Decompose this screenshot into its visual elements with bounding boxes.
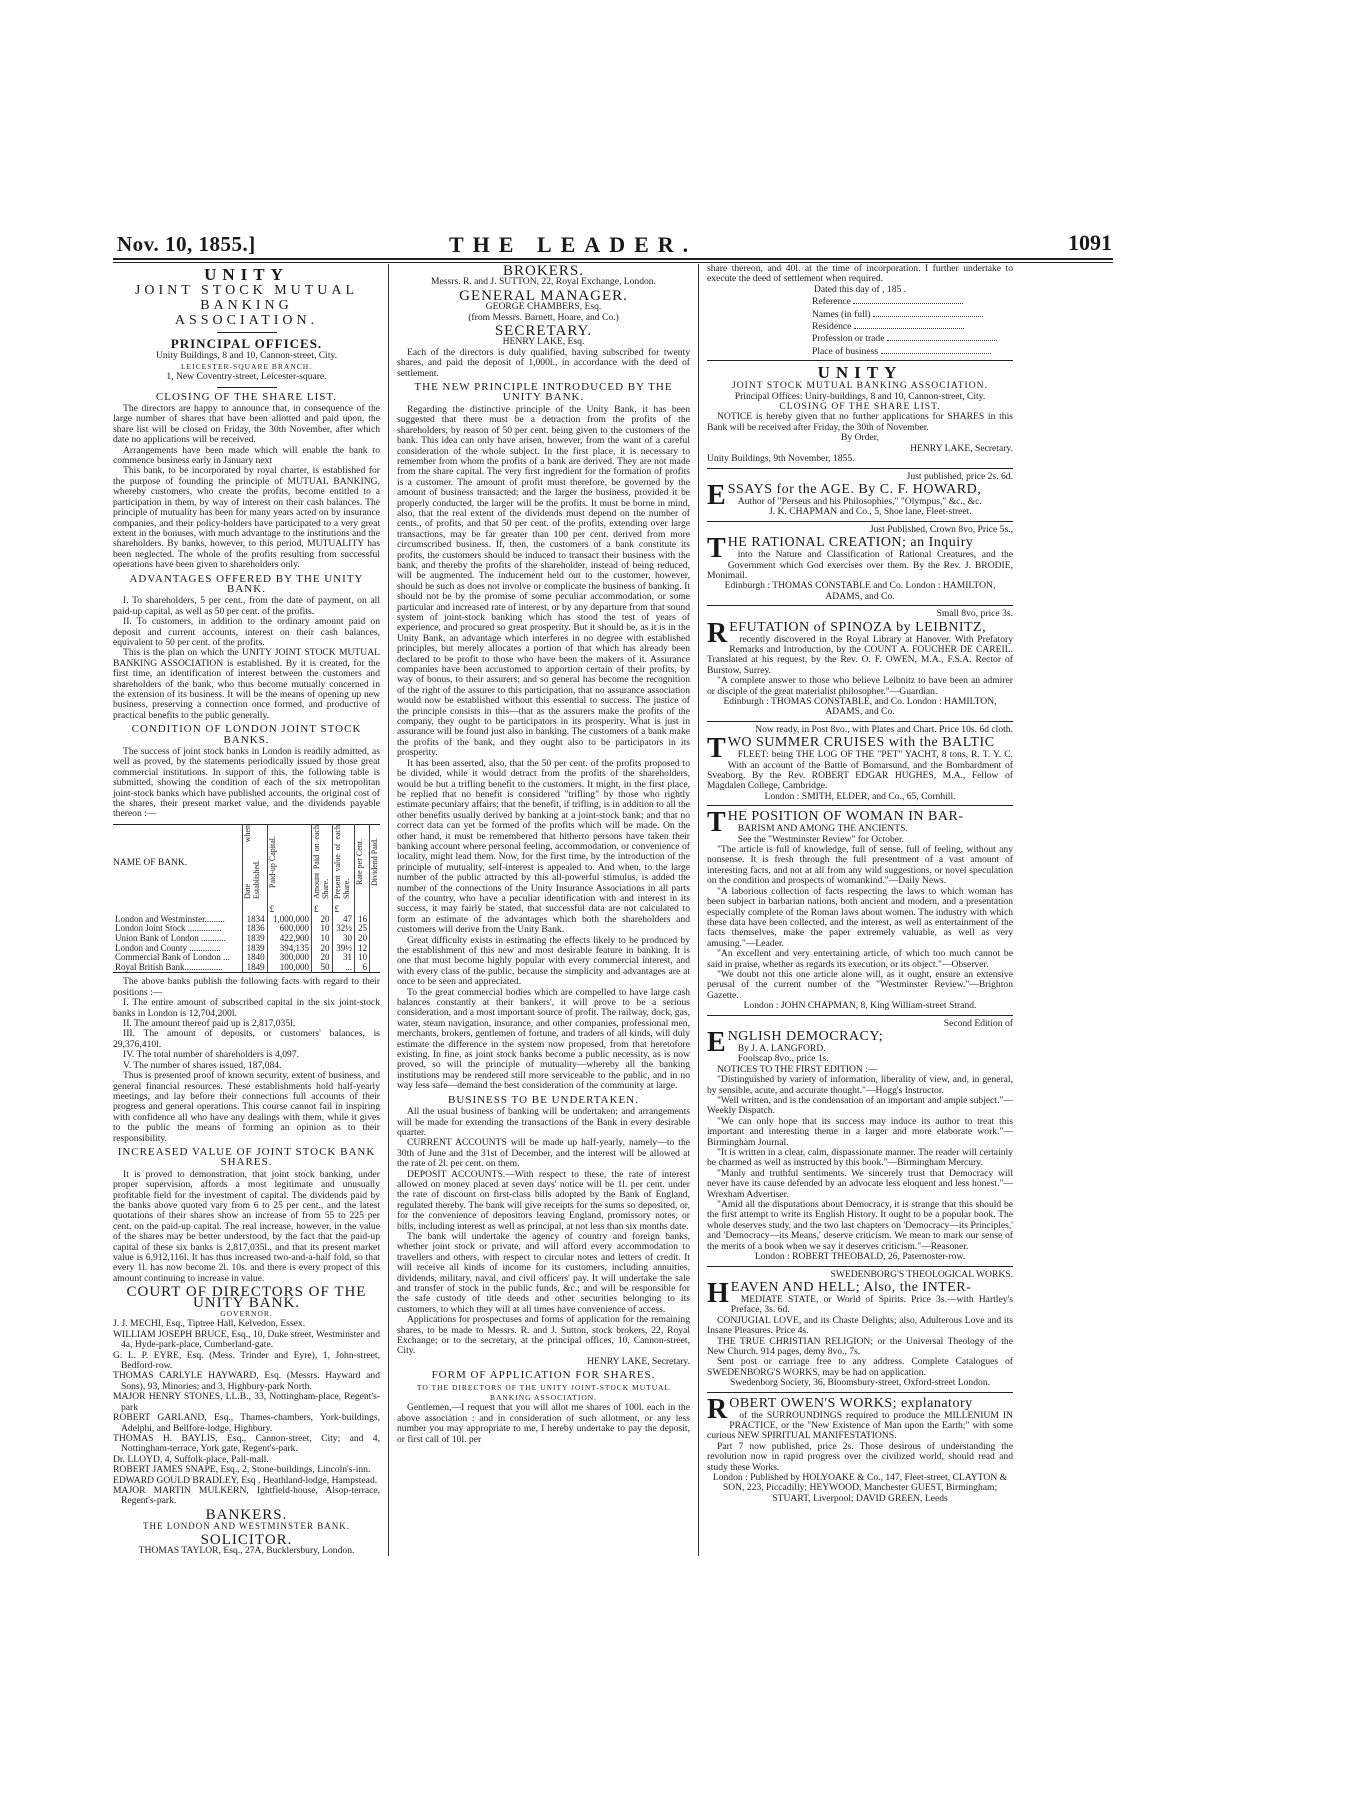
ad-text: Part 7 now published, price 2s. Those de…	[707, 1442, 1013, 1473]
closing-heading: CLOSING OF THE SHARE LIST.	[113, 392, 380, 402]
table-cell	[370, 924, 380, 934]
advertisement: ROBERT OWEN'S WORKS; explanatoryof the S…	[707, 1396, 1013, 1505]
form-field-row: Profession or trade	[812, 332, 1013, 344]
divider	[707, 605, 1013, 606]
solicitor-name: THOMAS TAYLOR, Esq., 27A, Bucklersbury, …	[113, 1546, 380, 1556]
ad-text: Sent post or carriage free to any addres…	[707, 1357, 1013, 1378]
form-fields: Reference Names (in full) Residence Prof…	[812, 295, 1013, 357]
ad-text: FLEET: being THE LOG OF THE "PET" YACHT,…	[707, 750, 1013, 792]
paragraph: It has been asserted, also, that the 50 …	[397, 759, 690, 936]
director-entry: WILLIAM JOSEPH BRUCE, Esq., 10, Duke str…	[113, 1330, 380, 1351]
divider	[217, 387, 277, 388]
ad-text: "The article is full of knowledge, full …	[707, 845, 1013, 887]
signoff: HENRY LAKE, Secretary.	[397, 1357, 690, 1367]
unity-subtitle-2: ASSOCIATION.	[113, 313, 380, 328]
form-field-blank	[853, 295, 963, 304]
table-cell	[370, 944, 380, 954]
ad-text: "Manly and truthful sentiments. We since…	[707, 1169, 1013, 1200]
divider	[707, 1015, 1013, 1016]
form-field-label: Profession or trade	[812, 333, 884, 344]
ad-headline: OBERT OWEN'S WORKS; explanatory	[729, 1396, 972, 1411]
ad-headline: EAVEN AND HELL; Also, the INTER-	[731, 1280, 972, 1295]
unit-cell: £	[311, 902, 332, 915]
paragraph: All the usual business of banking will b…	[397, 1107, 690, 1138]
table-cell: 1849	[242, 963, 267, 973]
ad-text: into the Nature and Classification of Ra…	[707, 550, 1013, 581]
facts-list: I. The entire amount of subscribed capit…	[113, 998, 380, 1071]
divider	[707, 360, 1013, 361]
paragraph: Regarding the distinctive principle of t…	[397, 405, 690, 759]
table-cell	[370, 915, 380, 925]
ad-preamble: Second Edition of	[707, 1019, 1013, 1029]
ad-preamble: Just Published, Crown 8vo, Price 5s.,	[707, 525, 1013, 535]
unit-cell: £	[267, 902, 311, 915]
table-header: Present value of each Share.	[332, 824, 354, 902]
paragraph: Arrangements have been made which will e…	[113, 446, 380, 467]
page-number: 1091	[1068, 230, 1112, 256]
ad-text: "We can only hope that its success may i…	[707, 1117, 1013, 1148]
dated-line: Dated this day of , 185 .	[707, 285, 1013, 295]
paragraph: The bank will undertake the agency of co…	[397, 1232, 690, 1315]
table-header: Date when Established.	[242, 824, 267, 902]
ad-text: "Well written, and is the condensation o…	[707, 1096, 1013, 1117]
paragraph: This is the plan on which the UNITY JOIN…	[113, 648, 380, 721]
bankers-heading: BANKERS.	[113, 1510, 380, 1520]
paragraph: Gentlemen,—I request that you will allot…	[397, 1403, 690, 1445]
ad-text: "Amid all the disputations about Democra…	[707, 1200, 1013, 1252]
divider	[707, 721, 1013, 722]
paragraph: It is proved to demonstration, that join…	[113, 1170, 380, 1284]
drop-cap: T	[707, 810, 726, 836]
table-header: Rate per Cent.	[355, 824, 370, 902]
divider	[707, 468, 1013, 469]
court-heading: COURT OF DIRECTORS OF THE UNITY BANK.	[113, 1287, 380, 1308]
unit-cell	[113, 902, 242, 915]
table-cell: ...	[332, 963, 354, 973]
advertisement: Just published, price 2s. 6d.ESSAYS for …	[707, 472, 1013, 518]
brokers-name: Messrs. R. and J. SUTTON, 22, Royal Exch…	[397, 277, 690, 287]
ad-text: "It is written in a clear, calm, dispass…	[707, 1148, 1013, 1169]
advertisement: Second Edition ofENGLISH DEMOCRACY;By J.…	[707, 1019, 1013, 1263]
paragraph: CURRENT ACCOUNTS will be made up half-ye…	[397, 1138, 690, 1169]
table-cell: 100,000	[267, 963, 311, 973]
divider	[707, 1392, 1013, 1393]
ad-preamble: Just published, price 2s. 6d.	[707, 472, 1013, 482]
drop-cap: T	[707, 536, 726, 562]
advertisement: Just Published, Crown 8vo, Price 5s.,THE…	[707, 525, 1013, 602]
paragraph: share thereon, and 40l. at the time of i…	[707, 264, 1013, 285]
form-field-label: Residence	[812, 321, 851, 332]
advantages-heading: ADVANTAGES OFFERED BY THE UNITY BANK.	[113, 574, 380, 595]
notice-date: Unity Buildings, 9th November, 1855.	[707, 454, 1013, 464]
ad-publisher: London : ROBERT THEOBALD, 26, Paternoste…	[707, 1252, 1013, 1262]
ad-preamble: Small 8vo, price 3s.	[707, 609, 1013, 619]
form-field-label: Reference	[812, 296, 851, 307]
form-field-row: Residence	[812, 320, 1013, 332]
advertisement: Now ready, in Post 8vo., with Plates and…	[707, 725, 1013, 802]
notice-text: NOTICE is hereby given that no further a…	[707, 412, 1013, 433]
advertisement: Small 8vo, price 3s.REFUTATION of SPINOZ…	[707, 609, 1013, 718]
unit-cell	[242, 902, 267, 915]
ad-publisher: Edinburgh : THOMAS CONSTABLE and Co. Lon…	[707, 581, 1013, 602]
ad-text: "A laborious collection of facts respect…	[707, 887, 1013, 949]
ad-text: "A complete answer to those who believe …	[707, 676, 1013, 697]
ad-publisher: London : JOHN CHAPMAN, 8, King William-s…	[707, 1001, 1013, 1011]
form-field-row: Names (in full)	[812, 308, 1013, 320]
ad-preamble: Now ready, in Post 8vo., with Plates and…	[707, 725, 1013, 735]
table-header: Amount Paid on each Share.	[311, 824, 332, 902]
column-2: BROKERS. Messrs. R. and J. SUTTON, 22, R…	[388, 264, 698, 1556]
table-cell: Royal British Bank.................	[113, 963, 242, 973]
ad-text: THE TRUE CHRISTIAN RELIGION; or the Univ…	[707, 1337, 1013, 1358]
paragraph: Thus is presented proof of known securit…	[113, 1071, 380, 1144]
drop-cap: R	[707, 1397, 727, 1423]
ad-headline: EFUTATION of SPINOZA by LEIBNITZ,	[729, 620, 986, 635]
ad-publisher: J. K. CHAPMAN and Co., 5, Shoe lane, Fle…	[707, 507, 1013, 517]
newspaper-title: THE LEADER.	[449, 232, 697, 258]
ad-publisher: London : SMITH, ELDER, and Co., 65, Corn…	[707, 792, 1013, 802]
ad-publisher: Swedenborg Society, 36, Bloomsbury-stree…	[707, 1378, 1013, 1388]
form-field-label: Place of business	[812, 346, 878, 357]
ad-publisher: Edinburgh : THOMAS CONSTABLE, and Co. Lo…	[707, 697, 1013, 718]
column-1: UNITY JOINT STOCK MUTUAL BANKING ASSOCIA…	[113, 264, 388, 1556]
manager-from: (from Messrs. Barnett, Hoare, and Co.)	[397, 313, 690, 323]
bankers-name: THE LONDON AND WESTMINSTER BANK.	[113, 1521, 380, 1531]
unit-cell	[355, 902, 370, 915]
director-entry: THOMAS H. BAYLIS, Esq., Cannon-street, C…	[113, 1434, 380, 1455]
ad-text: CONJUGIAL LOVE, and its Chaste Delights;…	[707, 1316, 1013, 1337]
paragraph: Applications for prospectuses and forms …	[397, 1315, 690, 1357]
form-field-row: Place of business	[812, 345, 1013, 357]
drop-cap: T	[707, 736, 726, 762]
director-entry: ROBERT JAMES SNAPE, Esq., 2, Stone-build…	[113, 1465, 380, 1475]
newspaper-page: Nov. 10, 1855.] THE LEADER. 1091 UNITY J…	[113, 228, 1200, 262]
divider	[707, 521, 1013, 522]
ad-text: MEDIATE STATE, or World of Spirits. Pric…	[707, 1295, 1013, 1316]
paragraph: Great difficulty exists in estimating th…	[397, 936, 690, 988]
business-heading: BUSINESS TO BE UNDERTAKEN.	[397, 1095, 690, 1105]
table-cell	[370, 934, 380, 944]
ad-publisher: London : Published by HOLYOAKE & Co., 14…	[707, 1473, 1013, 1504]
fact-item: I. The entire amount of subscribed capit…	[113, 998, 380, 1019]
form-field-blank	[873, 308, 983, 317]
banks-table: NAME OF BANK. Date when Established. Pai…	[113, 824, 380, 974]
form-addressee: TO THE DIRECTORS OF THE UNITY JOINT-STOC…	[397, 1383, 690, 1404]
drop-cap: H	[707, 1281, 729, 1307]
drop-cap: R	[707, 621, 727, 647]
solicitor-heading: SOLICITOR.	[113, 1535, 380, 1545]
ad-headline: HE POSITION OF WOMAN IN BAR-	[728, 809, 964, 824]
form-field-row: Reference	[812, 295, 1013, 307]
ad-text: recently discovered in the Royal Library…	[707, 635, 1013, 677]
form-field-blank	[881, 345, 991, 354]
principal-offices-heading: PRINCIPAL OFFICES.	[113, 339, 380, 349]
form-heading: FORM OF APPLICATION FOR SHARES.	[397, 1370, 690, 1380]
notice-unity-title: UNITY	[707, 364, 1013, 381]
table-header: Dividend Paid.	[370, 824, 380, 902]
advertisement: SWEDENBORG'S THEOLOGICAL WORKS.HEAVEN AN…	[707, 1270, 1013, 1389]
table-header: NAME OF BANK.	[113, 824, 242, 902]
unit-cell	[370, 902, 380, 915]
divider	[707, 805, 1013, 806]
issue-date: Nov. 10, 1855.]	[117, 232, 256, 257]
form-field-label: Names (in full)	[812, 309, 871, 320]
ad-text: "Distinguished by variety of information…	[707, 1075, 1013, 1096]
column-3: share thereon, and 40l. at the time of i…	[698, 264, 1013, 1556]
directors-list: J. J. MECHI, Esq., Tiptree Hall, Kelvedo…	[113, 1319, 380, 1506]
table-row: Royal British Bank.................18491…	[113, 963, 380, 973]
director-entry: MAJOR HENRY STONES, LL.B., 33, Nottingha…	[113, 1392, 380, 1413]
unity-subtitle: JOINT STOCK MUTUAL BANKING	[113, 283, 380, 313]
unit-cell: £	[332, 902, 354, 915]
ad-headline: SSAYS for the AGE. By C. F. HOWARD,	[728, 482, 982, 497]
fact-item: III. The amount of deposits, or customer…	[113, 1029, 380, 1050]
paragraph: The success of joint stock banks in Lond…	[113, 747, 380, 820]
drop-cap: E	[707, 483, 726, 509]
ad-text: "An excellent and very entertaining arti…	[707, 949, 1013, 970]
branch-address: 1, New Coventry-street, Leicester-square…	[113, 372, 380, 382]
table-cell	[370, 953, 380, 963]
paragraph: The above banks publish the following fa…	[113, 977, 380, 998]
condition-heading: CONDITION OF LONDON JOINT STOCK BANKS.	[113, 724, 380, 745]
office-address: Unity Buildings, 8 and 10, Cannon-street…	[113, 351, 380, 361]
divider	[707, 1266, 1013, 1267]
unity-title: UNITY	[113, 266, 380, 283]
paragraph: To the great commercial bodies which are…	[397, 988, 690, 1092]
ad-headline: HE RATIONAL CREATION; an Inquiry	[728, 535, 974, 550]
principle-heading: THE NEW PRINCIPLE INTRODUCED BY THE UNIT…	[397, 382, 690, 403]
ad-preamble: SWEDENBORG'S THEOLOGICAL WORKS.	[707, 1270, 1013, 1280]
ad-text: "We doubt not this one article alone wil…	[707, 970, 1013, 1001]
director-entry: ROBERT GARLAND, Esq., Thames-chambers, Y…	[113, 1413, 380, 1434]
advertisements: Just published, price 2s. 6d.ESSAYS for …	[707, 468, 1013, 1505]
divider	[217, 332, 277, 333]
table-cell: 50	[311, 963, 332, 973]
ad-headline: NGLISH DEMOCRACY;	[728, 1029, 883, 1044]
ad-headline: WO SUMMER CRUISES with the BALTIC	[728, 735, 995, 750]
table-header: Paid-up Capital.	[267, 824, 311, 902]
advertisement: THE POSITION OF WOMAN IN BAR-BARISM AND …	[707, 809, 1013, 1011]
brokers-heading: BROKERS.	[397, 266, 690, 276]
table-cell: 6	[355, 963, 370, 973]
table-cell	[370, 963, 380, 973]
increased-heading: INCREASED VALUE OF JOINT STOCK BANK SHAR…	[113, 1147, 380, 1168]
paragraph: II. To customers, in addition to the ord…	[113, 617, 380, 648]
paragraph: I. To shareholders, 5 per cent., from th…	[113, 596, 380, 617]
director-entry: MAJOR MARTIN MULKERN, Ightfield-house, A…	[113, 1486, 380, 1507]
director-entry: G. L. P. EYRE, Esq. (Mess. Trinder and E…	[113, 1351, 380, 1372]
drop-cap: E	[707, 1030, 726, 1056]
manager-heading: GENERAL MANAGER.	[397, 291, 690, 301]
secretary-heading: SECRETARY.	[397, 326, 690, 336]
paragraph: Each of the directors is duly qualified,…	[397, 348, 690, 379]
ad-text: of the SURROUNDINGS required to produce …	[707, 1411, 1013, 1442]
director-entry: THOMAS CARLYLE HAYWARD, Esq. (Messrs. Ha…	[113, 1371, 380, 1392]
paragraph: This bank, to be incorporated by royal c…	[113, 466, 380, 570]
paragraph: DEPOSIT ACCOUNTS.—With respect to these,…	[397, 1170, 690, 1232]
paragraph: The directors are happy to announce that…	[113, 404, 380, 446]
masthead: Nov. 10, 1855.] THE LEADER. 1091	[113, 228, 1200, 262]
form-field-blank	[887, 332, 997, 341]
form-field-blank	[854, 320, 964, 329]
